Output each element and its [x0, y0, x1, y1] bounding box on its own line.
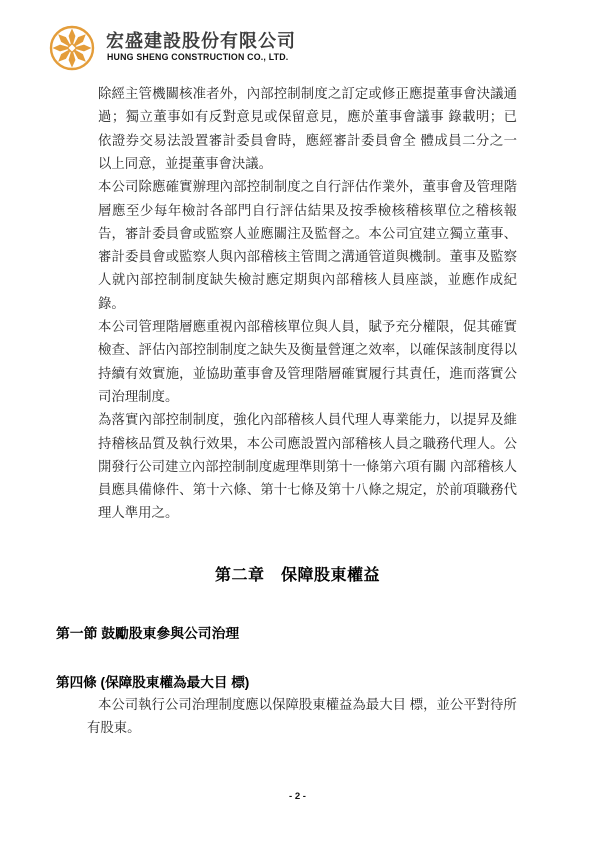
company-logo-icon	[48, 24, 96, 72]
body-line: 持稽核品質及執行效果，本公司應設置內部稽核人員之職務代理人。公	[98, 432, 517, 455]
body-line: 錄。	[98, 292, 517, 315]
article-heading: 第四條 (保障股東權為最大目 標)	[56, 671, 536, 695]
chapter-heading: 第二章 保障股東權益	[0, 564, 595, 588]
body-line: 檢查、評估內部控制制度之缺失及衡量營運之效率，以確保該制度得以	[98, 338, 517, 361]
body-line: 人就內部控制制度缺失檢討應定期與內部稽核人員座談，並應作成紀	[98, 268, 517, 291]
body-line: 理人準用之。	[98, 501, 517, 524]
body-line: 員應具備條件、第十六條、第十七條及第十八條之規定，於前項職務代	[98, 478, 517, 501]
section-heading: 第一節 鼓勵股東參與公司治理	[56, 622, 536, 646]
body-line: 本公司管理階層應重視內部稽核單位與人員，賦予充分權限，促其確實	[98, 315, 517, 338]
body-line: 開發行公司建立內部控制制度處理準則第十一條第六項有關 內部稽核人	[98, 455, 517, 478]
body-line: 過；獨立董事如有反對意見或保留意見，應於董事會議事 錄載明；已	[98, 105, 517, 128]
body-line: 持續有效實施，並協助董事會及管理階層確實履行其責任，進而落實公	[98, 362, 517, 385]
page-number: - 2 -	[0, 790, 595, 804]
body-line: 以上同意，並提董事會決議。	[98, 152, 517, 175]
body-line: 除經主管機關核准者外，內部控制制度之訂定或修正應提董事會決議通	[98, 82, 517, 105]
body-line: 本公司除應確實辦理內部控制制度之自行評估作業外，董事會及管理階	[98, 175, 517, 198]
body-line: 為落實內部控制制度，強化內部稽核人員代理人專業能力，以提昇及維	[98, 408, 517, 431]
company-name-zh: 宏盛建設股份有限公司	[106, 27, 326, 53]
company-name-en: HUNG SHENG CONSTRUCTION CO., LTD.	[107, 52, 327, 64]
body-line: 審計委員會或監察人與內部稽核主管間之溝通管道與機制。董事及監察	[98, 245, 517, 268]
body-line: 告，審計委員會或監察人並應關注及監督之。本公司宜建立獨立董事、	[98, 222, 517, 245]
body-line: 司治理制度。	[98, 385, 517, 408]
body-line: 層應至少每年檢討各部門自行評估結果及按季檢核稽核單位之稽核報	[98, 199, 517, 222]
body-line: 依證券交易法設置審計委員會時，應經審計委員會全 體成員二分之一	[98, 129, 517, 152]
article-body-line: 有股東。	[87, 716, 141, 739]
document-page: 宏盛建設股份有限公司 HUNG SHENG CONSTRUCTION CO., …	[0, 0, 595, 842]
article-body-line: 本公司執行公司治理制度應以保障股東權益為最大目 標，並公平對待所	[98, 693, 517, 716]
